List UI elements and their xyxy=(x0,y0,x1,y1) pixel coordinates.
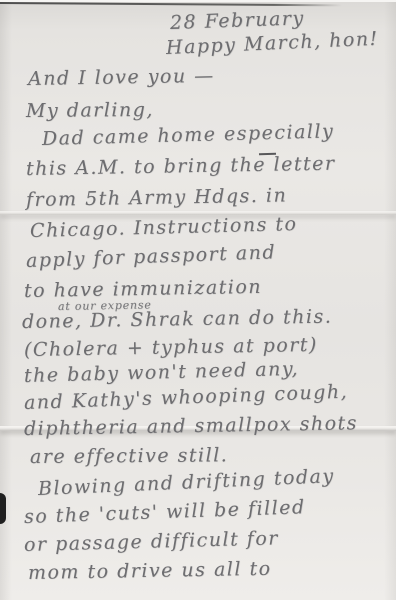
letter-line-16: are effective still. xyxy=(30,444,228,468)
left-edge-dark-mark xyxy=(0,493,6,524)
letter-line-11: done, Dr. Shrak can do this. xyxy=(22,306,333,333)
letter-line-20: mom to drive us all to xyxy=(28,558,272,584)
letter-line-4: Dad came home especially xyxy=(42,120,335,150)
letter-line-5: this A.M. to bring the letter xyxy=(26,153,336,180)
letter-line-2: And I love you — xyxy=(28,65,215,90)
letter-line-12: (Cholera + typhus at port) xyxy=(24,334,318,361)
letter-line-19: or passage difficult for xyxy=(24,527,279,556)
letter-line-18: so the 'cuts' will be filled xyxy=(24,496,306,528)
date-line: 28 February xyxy=(170,7,305,34)
letter-line-6: from 5th Army Hdqs. in xyxy=(26,184,288,211)
letter-line-7: Chicago. Instructions to xyxy=(30,213,298,242)
letter-line-17: Blowing and drifting today xyxy=(38,465,336,500)
letter-line-15: diphtheria and smallpox shots xyxy=(24,412,358,440)
salutation-line: My darling, xyxy=(26,99,154,122)
letter-line-8: apply for passport and xyxy=(26,241,277,272)
letter-page: 28 February Happy March, hon! And I love… xyxy=(0,0,396,600)
letter-line-13: the baby won't need any, xyxy=(24,358,300,387)
fold-crease-upper xyxy=(0,211,396,215)
paper-top-edge-line xyxy=(0,2,342,6)
